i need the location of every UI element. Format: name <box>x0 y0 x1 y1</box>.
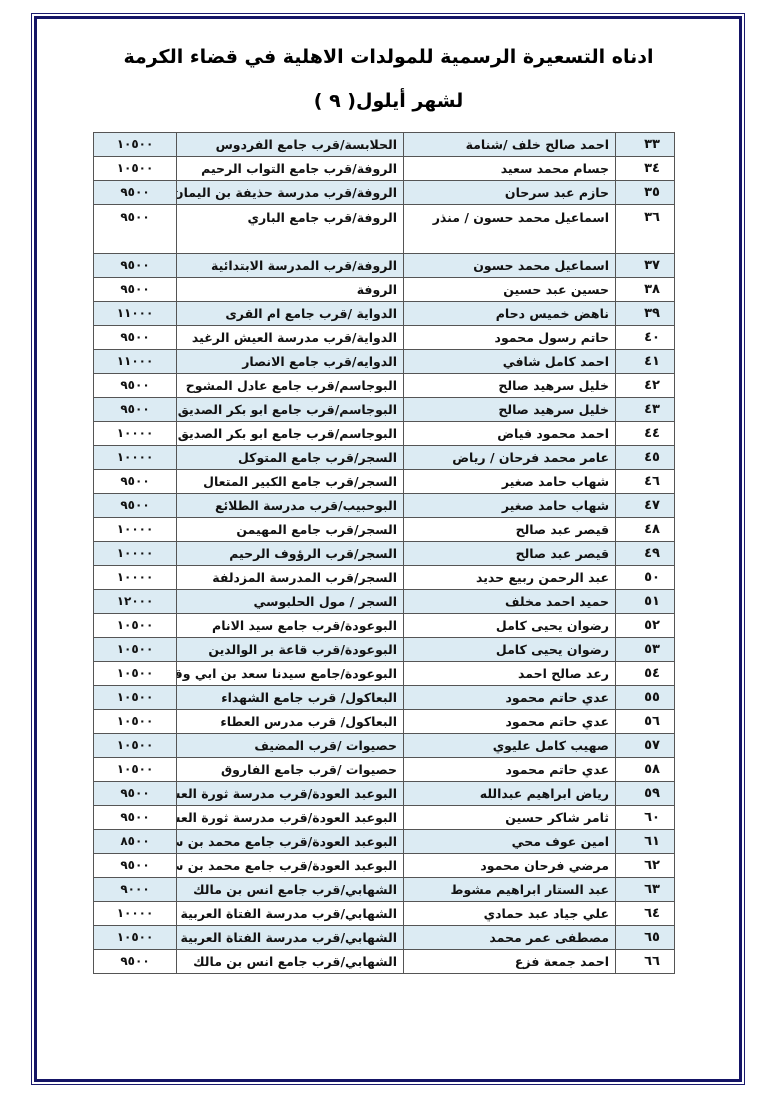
table-row: ٥٧صهيب كامل عليويحصيوات /قرب المضيف١٠٥٠٠ <box>94 734 675 758</box>
price-value: ٩٥٠٠ <box>94 374 177 398</box>
row-number: ٦١ <box>616 830 675 854</box>
table-row: ٦٥مصطفى عمر محمدالشهابي/قرب مدرسة الفتاة… <box>94 926 675 950</box>
price-value: ٩٥٠٠ <box>94 950 177 974</box>
table-row: ٦٦احمد جمعة فزعالشهابي/قرب جامع انس بن م… <box>94 950 675 974</box>
owner-name: عبد الستار ابراهيم مشوط <box>404 878 616 902</box>
table-row: ٥٩رياض ابراهيم عبداللهالبوعبد العودة/قرب… <box>94 782 675 806</box>
generator-location: السجر / مول الحلبوسي <box>177 590 404 614</box>
price-value: ١٠٥٠٠ <box>94 638 177 662</box>
table-row: ٤٣خليل سرهيد صالحالبوجاسم/قرب جامع ابو ب… <box>94 398 675 422</box>
owner-name: رياض ابراهيم عبدالله <box>404 782 616 806</box>
generator-location: الشهابي/قرب مدرسة الفتاة العربية <box>177 926 404 950</box>
row-number: ٤٨ <box>616 518 675 542</box>
price-value: ١٠٥٠٠ <box>94 157 177 181</box>
price-value: ١٠٥٠٠ <box>94 686 177 710</box>
price-value: ٩٥٠٠ <box>94 470 177 494</box>
row-number: ٤٠ <box>616 326 675 350</box>
generator-location: الروفة/قرب جامع التواب الرحيم <box>177 157 404 181</box>
table-row: ٦١امين عوف محيالبوعبد العودة/قرب جامع مح… <box>94 830 675 854</box>
row-number: ٥٧ <box>616 734 675 758</box>
generator-location: السجر/قرب المدرسة المزدلفة <box>177 566 404 590</box>
owner-name: حسين عبد حسين <box>404 278 616 302</box>
row-number: ٣٩ <box>616 302 675 326</box>
owner-name: علي جياد عبد حمادي <box>404 902 616 926</box>
generator-location: حصيوات /قرب جامع الفاروق <box>177 758 404 782</box>
table-row: ٣٤جسام محمد سعيدالروفة/قرب جامع التواب ا… <box>94 157 675 181</box>
document-subtitle-month: لشهر أيلول( ٩ ) <box>60 90 717 112</box>
table-row: ٥٠عبد الرحمن ربيع حديدالسجر/قرب المدرسة … <box>94 566 675 590</box>
price-value: ١٠٥٠٠ <box>94 133 177 157</box>
generator-location: الشهابي/قرب جامع انس بن مالك <box>177 950 404 974</box>
owner-name: مصطفى عمر محمد <box>404 926 616 950</box>
row-number: ٤٤ <box>616 422 675 446</box>
generator-location: البوعودة/قرب قاعة بر الوالدين <box>177 638 404 662</box>
row-number: ٥٢ <box>616 614 675 638</box>
row-number: ٦٠ <box>616 806 675 830</box>
row-number: ٣٧ <box>616 254 675 278</box>
owner-name: رعد صالح احمد <box>404 662 616 686</box>
generator-location: حصيوات /قرب المضيف <box>177 734 404 758</box>
owner-name: اسماعيل محمد حسون <box>404 254 616 278</box>
row-number: ٥٠ <box>616 566 675 590</box>
generator-location: البوجاسم/قرب جامع ابو بكر الصديق <box>177 398 404 422</box>
generator-location: البوعبد العودة/قرب جامع محمد بن سيرين <box>177 830 404 854</box>
row-number: ٦٤ <box>616 902 675 926</box>
price-value: ٩٥٠٠ <box>94 181 177 205</box>
owner-name: احمد محمود فياض <box>404 422 616 446</box>
price-value: ١٠٥٠٠ <box>94 662 177 686</box>
generator-location: السجر/قرب الرؤوف الرحيم <box>177 542 404 566</box>
owner-name: مرضي فرحان محمود <box>404 854 616 878</box>
generator-location: البوعبد العودة/قرب مدرسة ثورة العشرين <box>177 782 404 806</box>
table-row: ٤٧شهاب حامد صغيرالبوحبيب/قرب مدرسة الطلا… <box>94 494 675 518</box>
table-row: ٣٦اسماعيل محمد حسون / منذرالروفة/قرب جام… <box>94 205 675 254</box>
table-row: ٣٨حسين عبد حسينالروفة٩٥٠٠ <box>94 278 675 302</box>
price-value: ١٠٠٠٠ <box>94 542 177 566</box>
price-value: ٩٥٠٠ <box>94 494 177 518</box>
owner-name: عدي حاتم محمود <box>404 758 616 782</box>
row-number: ٣٣ <box>616 133 675 157</box>
owner-name: عامر محمد فرحان / رياض <box>404 446 616 470</box>
table-row: ٤٤احمد محمود فياضالبوجاسم/قرب جامع ابو ب… <box>94 422 675 446</box>
table-row: ٣٩ناهض خميس دحامالدواية /قرب جامع ام الق… <box>94 302 675 326</box>
table-row: ٣٣احمد صالح خلف /شنامةالحلابسة/قرب جامع … <box>94 133 675 157</box>
generator-location: البوجاسم/قرب جامع ابو بكر الصديق <box>177 422 404 446</box>
owner-name: عبد الرحمن ربيع حديد <box>404 566 616 590</box>
table-row: ٥٢رضوان يحيى كاملالبوعودة/قرب جامع سيد ا… <box>94 614 675 638</box>
generator-location: البوجاسم/قرب جامع عادل المشوح <box>177 374 404 398</box>
row-number: ٤١ <box>616 350 675 374</box>
generator-location: البوعودة/جامع سيدنا سعد بن ابي وقاص <box>177 662 404 686</box>
price-value: ٩٥٠٠ <box>94 326 177 350</box>
owner-name: شهاب حامد صغير <box>404 494 616 518</box>
table-row: ٥٦عدي حاتم محمودالبعاكول/ قرب مدرس العطا… <box>94 710 675 734</box>
row-number: ٦٦ <box>616 950 675 974</box>
price-value: ٩٥٠٠ <box>94 782 177 806</box>
document-title: ادناه التسعيرة الرسمية للمولدات الاهلية … <box>60 46 717 68</box>
table-row: ٦٣عبد الستار ابراهيم مشوطالشهابي/قرب جام… <box>94 878 675 902</box>
generator-location: البوعودة/قرب جامع سيد الانام <box>177 614 404 638</box>
owner-name: خليل سرهيد صالح <box>404 374 616 398</box>
price-value: ١٢٠٠٠ <box>94 590 177 614</box>
table-body: ٣٣احمد صالح خلف /شنامةالحلابسة/قرب جامع … <box>94 133 675 974</box>
owner-name: احمد كامل شافي <box>404 350 616 374</box>
price-value: ١٠٥٠٠ <box>94 758 177 782</box>
price-value: ١٠٥٠٠ <box>94 734 177 758</box>
owner-name: امين عوف محي <box>404 830 616 854</box>
table-row: ٥١حميد احمد مخلفالسجر / مول الحلبوسي١٢٠٠… <box>94 590 675 614</box>
generator-location: البوعبد العودة/قرب جامع محمد بن سيرين <box>177 854 404 878</box>
price-value: ٨٥٠٠ <box>94 830 177 854</box>
price-value: ١٠٠٠٠ <box>94 518 177 542</box>
price-value: ٩٥٠٠ <box>94 205 177 254</box>
row-number: ٥٣ <box>616 638 675 662</box>
generator-location: الروفة/قرب جامع الباري <box>177 205 404 254</box>
row-number: ٥١ <box>616 590 675 614</box>
row-number: ٤٥ <box>616 446 675 470</box>
owner-name: ناهض خميس دحام <box>404 302 616 326</box>
table-row: ٦٢مرضي فرحان محمودالبوعبد العودة/قرب جام… <box>94 854 675 878</box>
owner-name: اسماعيل محمد حسون / منذر <box>404 205 616 254</box>
row-number: ٥٦ <box>616 710 675 734</box>
table-row: ٦٠ثامر شاكر حسينالبوعبد العودة/قرب مدرسة… <box>94 806 675 830</box>
generator-location: السجر/قرب جامع المهيمن <box>177 518 404 542</box>
table-row: ٤٨قيصر عبد صالحالسجر/قرب جامع المهيمن١٠٠… <box>94 518 675 542</box>
price-value: ٩٥٠٠ <box>94 854 177 878</box>
owner-name: خليل سرهيد صالح <box>404 398 616 422</box>
generator-location: السجر/قرب جامع الكبير المتعال <box>177 470 404 494</box>
generator-location: البوحبيب/قرب مدرسة الطلائع <box>177 494 404 518</box>
table-row: ٣٥حازم عبد سرحانالروفة/قرب مدرسة حذيفة ب… <box>94 181 675 205</box>
row-number: ٦٢ <box>616 854 675 878</box>
price-value: ١٠٠٠٠ <box>94 902 177 926</box>
generator-location: البعاكول/ قرب جامع الشهداء <box>177 686 404 710</box>
generator-location: الدوايه/قرب جامع الانصار <box>177 350 404 374</box>
generator-location: الشهابي/قرب جامع انس بن مالك <box>177 878 404 902</box>
table-row: ٤٥عامر محمد فرحان / رياضالسجر/قرب جامع ا… <box>94 446 675 470</box>
price-value: ٩٥٠٠ <box>94 278 177 302</box>
row-number: ٤٧ <box>616 494 675 518</box>
row-number: ٤٢ <box>616 374 675 398</box>
generator-location: الدواية/قرب مدرسة العيش الرغيد <box>177 326 404 350</box>
row-number: ٣٤ <box>616 157 675 181</box>
owner-name: قيصر عبد صالح <box>404 542 616 566</box>
table-row: ٤١احمد كامل شافيالدوايه/قرب جامع الانصار… <box>94 350 675 374</box>
owner-name: رضوان يحيى كامل <box>404 638 616 662</box>
price-table: ٣٣احمد صالح خلف /شنامةالحلابسة/قرب جامع … <box>93 132 675 974</box>
price-value: ١٠٠٠٠ <box>94 566 177 590</box>
row-number: ٥٩ <box>616 782 675 806</box>
table-row: ٤٢خليل سرهيد صالحالبوجاسم/قرب جامع عادل … <box>94 374 675 398</box>
row-number: ٤٣ <box>616 398 675 422</box>
owner-name: احمد جمعة فزع <box>404 950 616 974</box>
table-row: ٥٥عدي حاتم محمودالبعاكول/ قرب جامع الشهد… <box>94 686 675 710</box>
table-row: ٥٣رضوان يحيى كاملالبوعودة/قرب قاعة بر ال… <box>94 638 675 662</box>
row-number: ٤٩ <box>616 542 675 566</box>
generator-location: السجر/قرب جامع المتوكل <box>177 446 404 470</box>
generator-location: البوعبد العودة/قرب مدرسة ثورة العشرين <box>177 806 404 830</box>
owner-name: قيصر عبد صالح <box>404 518 616 542</box>
row-number: ٣٨ <box>616 278 675 302</box>
owner-name: احمد صالح خلف /شنامة <box>404 133 616 157</box>
owner-name: رضوان يحيى كامل <box>404 614 616 638</box>
table-row: ٥٤رعد صالح احمدالبوعودة/جامع سيدنا سعد ب… <box>94 662 675 686</box>
generator-price-table: ٣٣احمد صالح خلف /شنامةالحلابسة/قرب جامع … <box>93 132 674 974</box>
row-number: ٣٦ <box>616 205 675 254</box>
price-value: ١٠٥٠٠ <box>94 710 177 734</box>
owner-name: شهاب حامد صغير <box>404 470 616 494</box>
price-value: ١١٠٠٠ <box>94 350 177 374</box>
row-number: ٦٥ <box>616 926 675 950</box>
owner-name: ثامر شاكر حسين <box>404 806 616 830</box>
generator-location: البعاكول/ قرب مدرس العطاء <box>177 710 404 734</box>
generator-location: الروفة/قرب مدرسة حذيفة بن اليمان <box>177 181 404 205</box>
price-value: ٩٠٠٠ <box>94 878 177 902</box>
price-value: ١٠٥٠٠ <box>94 614 177 638</box>
table-row: ٥٨عدي حاتم محمودحصيوات /قرب جامع الفاروق… <box>94 758 675 782</box>
table-row: ٣٧اسماعيل محمد حسونالروفة/قرب المدرسة ال… <box>94 254 675 278</box>
generator-location: الحلابسة/قرب جامع الفردوس <box>177 133 404 157</box>
generator-location: الروفة/قرب المدرسة الابتدائية <box>177 254 404 278</box>
owner-name: صهيب كامل عليوي <box>404 734 616 758</box>
owner-name: حاتم رسول محمود <box>404 326 616 350</box>
row-number: ٥٤ <box>616 662 675 686</box>
generator-location: الشهابي/قرب مدرسة الفتاة العربية <box>177 902 404 926</box>
price-value: ٩٥٠٠ <box>94 806 177 830</box>
table-row: ٦٤علي جياد عبد حماديالشهابي/قرب مدرسة ال… <box>94 902 675 926</box>
price-value: ٩٥٠٠ <box>94 398 177 422</box>
row-number: ٦٣ <box>616 878 675 902</box>
table-row: ٤٩قيصر عبد صالحالسجر/قرب الرؤوف الرحيم١٠… <box>94 542 675 566</box>
owner-name: جسام محمد سعيد <box>404 157 616 181</box>
owner-name: عدي حاتم محمود <box>404 686 616 710</box>
row-number: ٥٥ <box>616 686 675 710</box>
price-value: ١٠٥٠٠ <box>94 926 177 950</box>
row-number: ٣٥ <box>616 181 675 205</box>
price-value: ١٠٠٠٠ <box>94 422 177 446</box>
row-number: ٥٨ <box>616 758 675 782</box>
table-row: ٤٠حاتم رسول محمودالدواية/قرب مدرسة العيش… <box>94 326 675 350</box>
price-value: ١١٠٠٠ <box>94 302 177 326</box>
generator-location: الدواية /قرب جامع ام القرى <box>177 302 404 326</box>
table-row: ٤٦شهاب حامد صغيرالسجر/قرب جامع الكبير ال… <box>94 470 675 494</box>
price-value: ١٠٠٠٠ <box>94 446 177 470</box>
owner-name: حازم عبد سرحان <box>404 181 616 205</box>
owner-name: عدي حاتم محمود <box>404 710 616 734</box>
row-number: ٤٦ <box>616 470 675 494</box>
price-value: ٩٥٠٠ <box>94 254 177 278</box>
owner-name: حميد احمد مخلف <box>404 590 616 614</box>
generator-location: الروفة <box>177 278 404 302</box>
